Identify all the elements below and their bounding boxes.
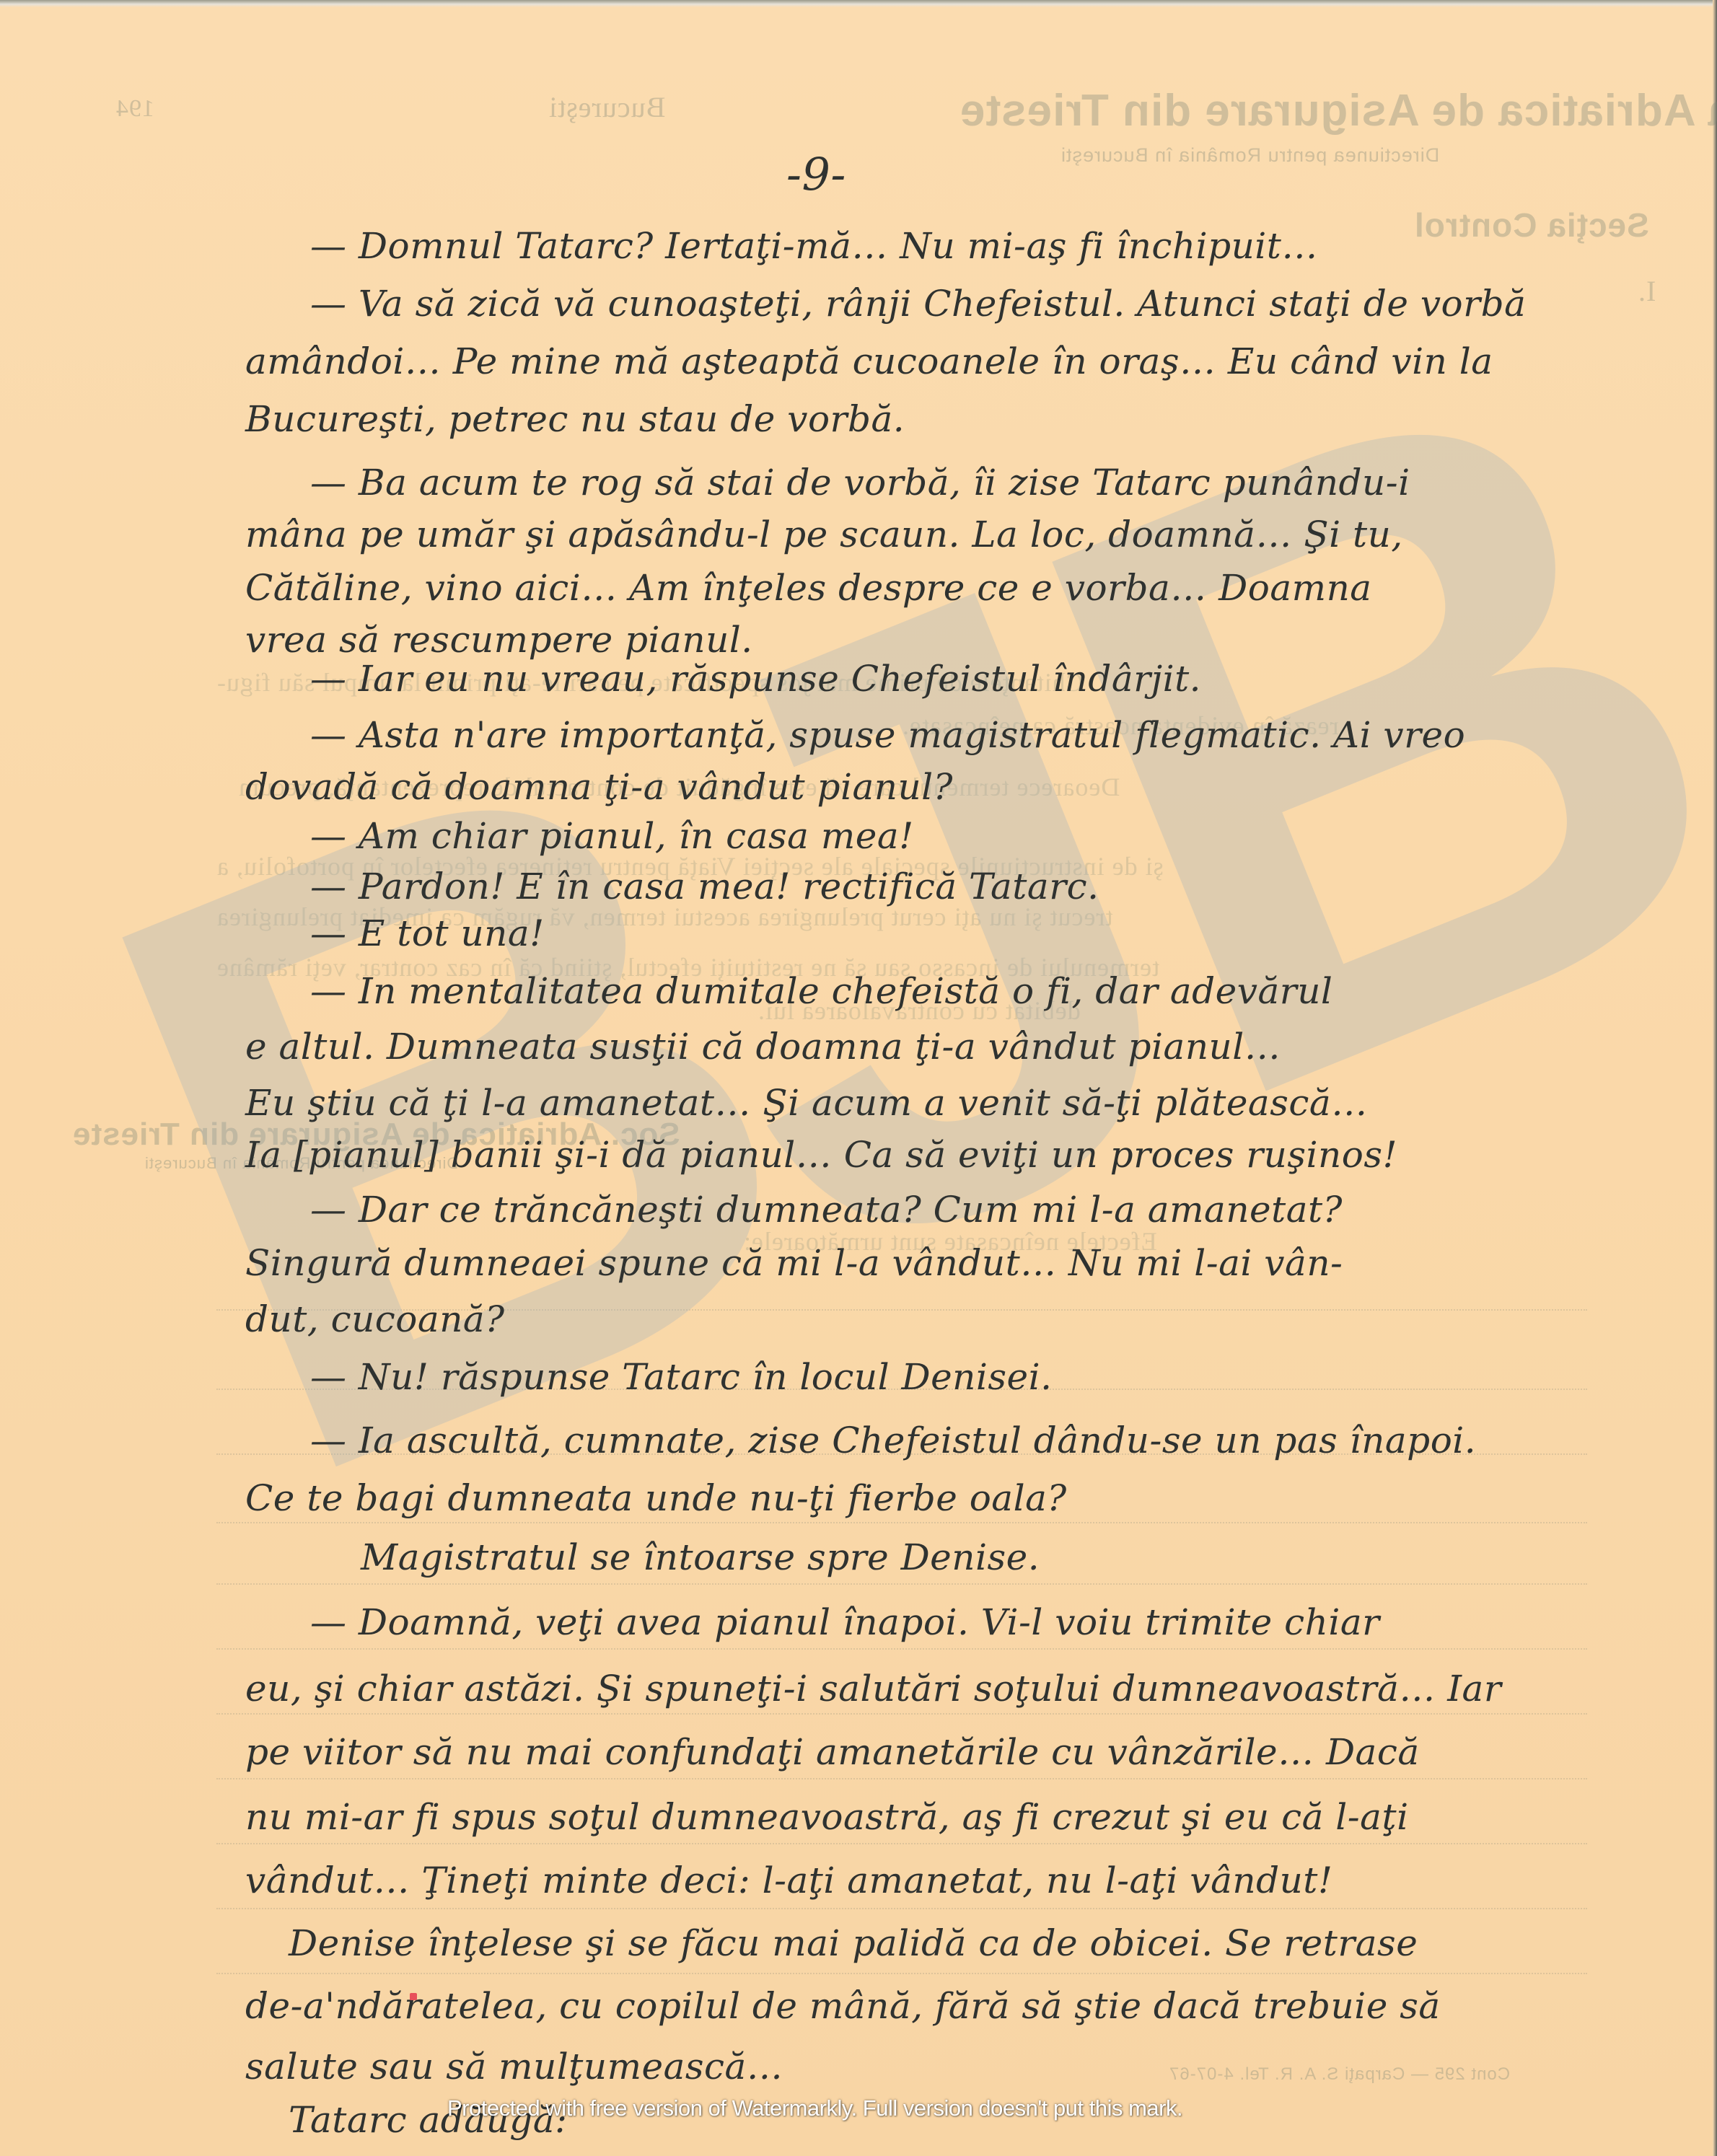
manuscript-line: — Ia ascultă, cumnate, zise Chefeistul d… [310, 1420, 1476, 1461]
handwritten-text: -9- — Domnul Tatarc? Iertaţi-mă… Nu mi-a… [0, 0, 1717, 2156]
manuscript-line: Eu ştiu că ţi l-a amanetat… Şi acum a ve… [245, 1082, 1368, 1124]
manuscript-line: — E tot una! [310, 912, 545, 954]
manuscript-page: Societatea Adriatica de Asigurare din Tr… [0, 0, 1717, 2156]
manuscript-line: dut, cucoană? [245, 1298, 505, 1340]
manuscript-line: e altul. Dumneata susţii că doamna ţi-a … [245, 1026, 1281, 1068]
manuscript-line: Singură dumneaei spune că mi l-a vândut…… [245, 1242, 1343, 1284]
manuscript-line: mâna pe umăr şi apăsându-l pe scaun. La … [245, 514, 1403, 555]
manuscript-line: pe viitor să nu mai confundaţi amanetări… [245, 1731, 1420, 1773]
page-number: -9- [786, 148, 846, 201]
manuscript-line: eu, şi chiar astăzi. Şi spuneţi-i salută… [245, 1668, 1501, 1710]
manuscript-line: — Ba acum te rog să stai de vorbă, îi zi… [310, 462, 1410, 503]
manuscript-line: salute sau să mulţumească… [245, 2046, 783, 2087]
manuscript-line: Ce te bagi dumneata unde nu-ţi fierbe oa… [245, 1477, 1067, 1519]
manuscript-line: dovadă că doamna ţi-a vândut pianul? [245, 766, 953, 808]
manuscript-line: — Iar eu nu vreau, răspunse Chefeistul î… [310, 658, 1201, 700]
manuscript-line: — Asta n'are importanţă, spuse magistrat… [310, 714, 1465, 756]
manuscript-line: Bucureşti, petrec nu stau de vorbă. [245, 398, 905, 440]
manuscript-line: vrea să rescumpere pianul. [245, 619, 753, 661]
manuscript-line: — Dar ce trăncăneşti dumneata? Cum mi l-… [310, 1189, 1343, 1231]
manuscript-line: amândoi… Pe mine mă aşteaptă cucoanele î… [245, 340, 1493, 382]
red-ink-mark [410, 1993, 417, 2000]
manuscript-line: — Am chiar pianul, în casa mea! [310, 815, 914, 857]
manuscript-line: Cătăline, vino aici… Am înţeles despre c… [245, 567, 1372, 609]
manuscript-line: — Va să zică vă cunoaşteţi, rânji Chefei… [310, 283, 1526, 325]
manuscript-line: — In mentalitatea dumitale chefeistă o f… [310, 970, 1332, 1012]
manuscript-line: nu mi-ar fi spus soţul dumneavoastră, aş… [245, 1796, 1409, 1838]
manuscript-line: Magistratul se întoarse spre Denise. [361, 1536, 1040, 1578]
watermarkly-notice: Protected with free version of Watermark… [447, 2095, 1182, 2121]
manuscript-line: — Doamnă, veţi avea pianul înapoi. Vi-l … [310, 1601, 1380, 1643]
manuscript-line: — Domnul Tatarc? Iertaţi-mă… Nu mi-aş fi… [310, 225, 1318, 267]
manuscript-line: Denise înţelese şi se făcu mai palidă ca… [289, 1922, 1418, 1964]
manuscript-line: — Pardon! E în casa mea! rectifică Tatar… [310, 866, 1099, 907]
manuscript-line: vândut… Ţineţi minte deci: l-aţi amaneta… [245, 1860, 1332, 1901]
manuscript-line: — Nu! răspunse Tatarc în locul Denisei. [310, 1356, 1053, 1398]
manuscript-line: de-a'ndăratelea, cu copilul de mână, făr… [245, 1985, 1441, 2027]
manuscript-line: Ia [pianul] banii şi-i dă pianul… Ca să … [245, 1134, 1397, 1176]
